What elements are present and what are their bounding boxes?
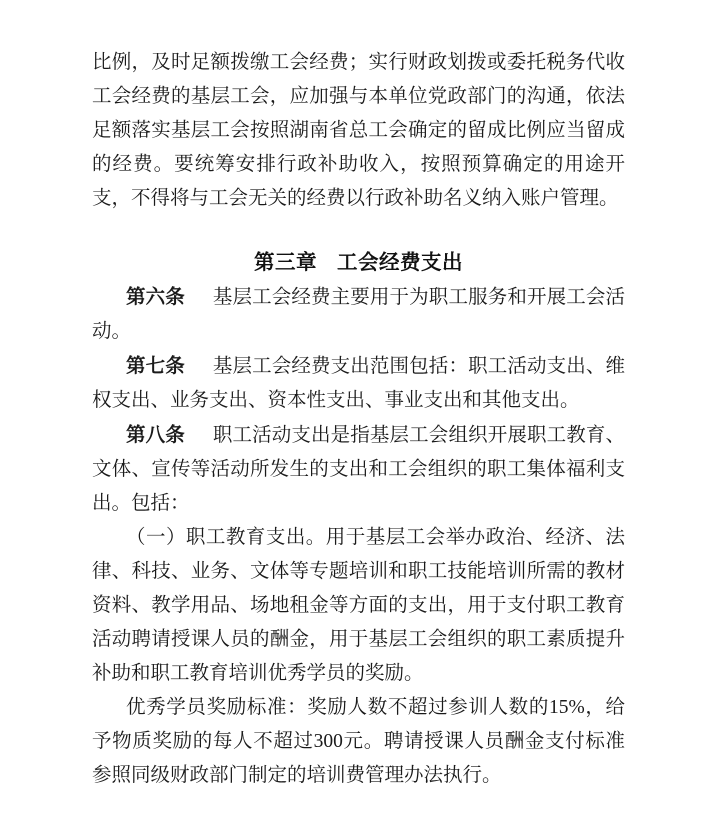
clause-paragraph-2: 优秀学员奖励标准：奖励人数不超过参训人数的15%，给予物质奖励的每人不超过300…: [92, 691, 625, 793]
clause-paragraph-1: （一）职工教育支出。用于基层工会举办政治、经济、法律、科技、业务、文体等专题培训…: [92, 521, 625, 691]
article-6-label: 第六条: [126, 286, 213, 308]
chapter-number: 第三章: [254, 251, 337, 274]
chapter-title: 工会经费支出: [337, 251, 463, 274]
chapter-heading: 第三章工会经费支出: [92, 246, 625, 280]
paragraph-continuation: 比例，及时足额拨缴工会经费；实行财政划拨或委托税务代收工会经费的基层工会，应加强…: [92, 46, 625, 216]
article-8-label: 第八条: [126, 424, 213, 446]
document-page: 比例，及时足额拨缴工会经费；实行财政划拨或委托税务代收工会经费的基层工会，应加强…: [0, 0, 711, 822]
article-paragraph-6: 第六条基层工会经费主要用于为职工服务和开展工会活动。: [92, 280, 625, 349]
article-7-label: 第七条: [126, 355, 213, 377]
article-paragraph-8: 第八条职工活动支出是指基层工会组织开展职工教育、文体、宣传等活动所发生的支出和工…: [92, 418, 625, 521]
article-paragraph-7: 第七条基层工会经费支出范围包括：职工活动支出、维权支出、业务支出、资本性支出、事…: [92, 349, 625, 418]
